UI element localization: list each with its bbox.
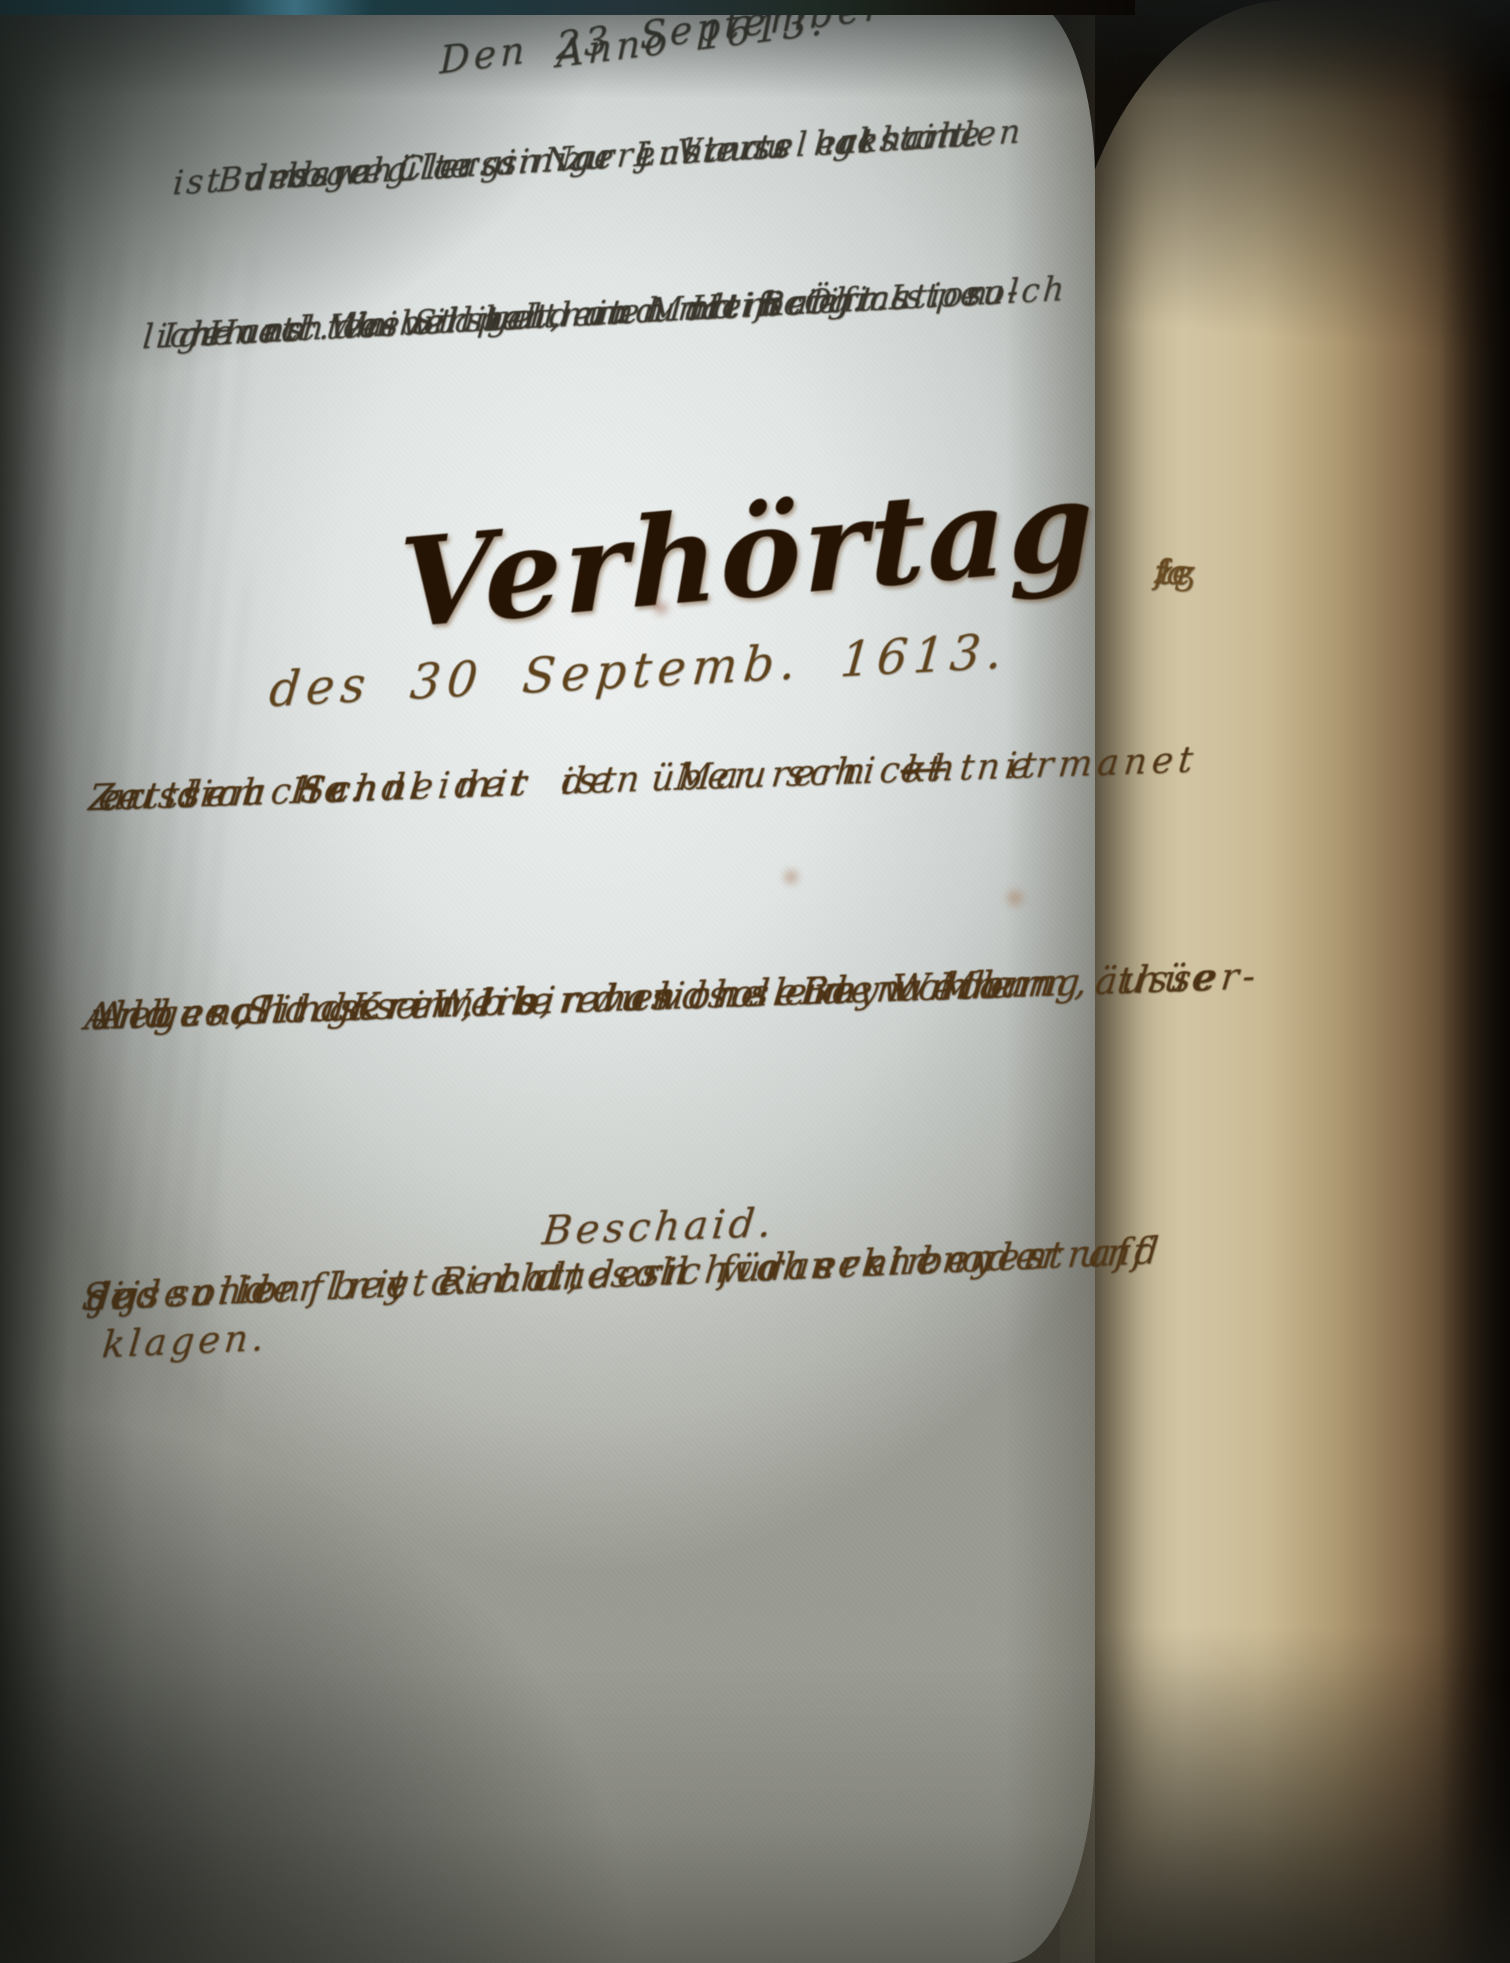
ink-stain	[780, 868, 802, 886]
binding-edge-strip	[0, 0, 1135, 15]
entry-line: aussmache.	[100, 758, 370, 829]
struck-word: et	[899, 748, 949, 791]
book-fore-edge-shadow	[1440, 0, 1510, 1963]
entry-line-tail: nit	[944, 745, 1043, 789]
ink-stain	[652, 600, 670, 616]
manuscript-photo: Den 23 September Anno 1613. Barbara Cler…	[0, 0, 1510, 1963]
ink-stain	[1002, 888, 1028, 908]
entry-line: klagen.	[100, 1308, 271, 1376]
page-edge-fragment: 1ʒ	[1153, 548, 1195, 597]
